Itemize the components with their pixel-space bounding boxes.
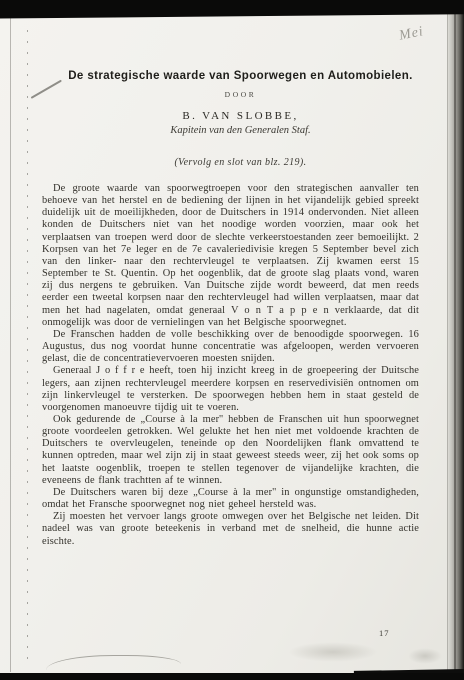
scan-smudge: [408, 648, 442, 664]
page-number: 17: [379, 628, 390, 638]
book-page-edge-line: [454, 14, 456, 674]
author-role: Kapitein van den Generalen Staf.: [62, 125, 419, 136]
scan-smudge: [288, 642, 378, 662]
article-body: De groote waarde van spoorwegtroepen voo…: [42, 183, 419, 548]
author-name: B. VAN SLOBBE,: [62, 110, 419, 122]
article-header: De strategische waarde van Spoorwegen en…: [42, 70, 419, 168]
paragraph: De Duitschers waren bij deze „Course à l…: [42, 487, 419, 511]
scanned-book-page: Mei De strategische waarde van Spoorwege…: [0, 0, 464, 680]
continuation-note: (Vervolg en slot van blz. 219).: [62, 157, 419, 168]
paragraph: De Franschen hadden de volle beschikking…: [42, 329, 419, 365]
paragraph: De groote waarde van spoorwegtroepen voo…: [42, 183, 419, 329]
paragraph: Zij moesten het vervoer langs groote omw…: [42, 511, 419, 547]
byline-door-label: DOOR: [62, 90, 419, 99]
article-title: De strategische waarde van Spoorwegen en…: [62, 70, 419, 82]
page-gutter-line: [10, 18, 11, 672]
binding-speckle-line: [27, 30, 28, 660]
scan-edge-bottom: [0, 673, 464, 680]
paragraph: Generaal J o f f r e heeft, toen hij inz…: [42, 365, 419, 414]
article-content: De strategische waarde van Spoorwegen en…: [42, 70, 419, 548]
paragraph: Ook gedurende de „Course à la mer'' hebb…: [42, 414, 419, 487]
